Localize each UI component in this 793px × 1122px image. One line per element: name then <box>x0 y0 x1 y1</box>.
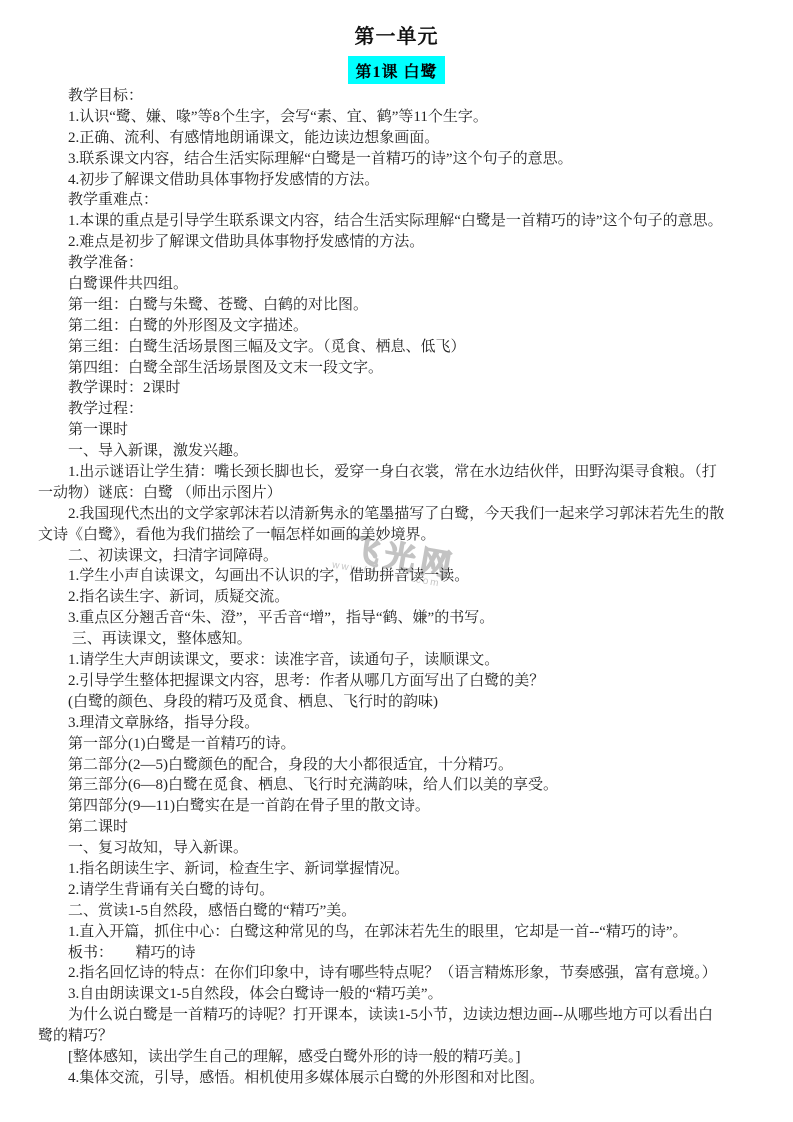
text-line: 一动物）谜底：白鹭 （师出示图片） <box>38 483 762 504</box>
text-line: [整体感知，读出学生自己的理解，感受白鹭外形的诗一般的精巧美。] <box>38 1047 762 1068</box>
text-line: 1.本课的重点是引导学生联系课文内容，结合生活实际理解“白鹭是一首精巧的诗”这个… <box>38 211 762 232</box>
text-line: 1.出示谜语让学生猜：嘴长颈长脚也长，爱穿一身白衣裳，常在水边结伙伴，田野沟渠寻… <box>38 462 762 483</box>
text-line: 二、初读课文，扫清字词障碍。 <box>38 546 762 567</box>
text-line: 文诗《白鹭》，看他为我们描绘了一幅怎样如画的美妙境界。 <box>38 525 762 546</box>
text-line: 4.初步了解课文借助具体事物抒发感情的方法。 <box>38 170 762 191</box>
text-line: 一、复习故知，导入新课。 <box>38 838 762 859</box>
text-line: 教学过程： <box>38 399 762 420</box>
text-line: 二、赏读1-5自然段，感悟白鹭的“精巧”美。 <box>38 901 762 922</box>
text-line: 第一部分(1)白鹭是一首精巧的诗。 <box>38 734 762 755</box>
lesson-title-highlight: 第1课 白鹭 <box>348 56 444 84</box>
text-line: 第一组：白鹭与朱鹭、苍鹭、白鹤的对比图。 <box>38 295 762 316</box>
text-line: 第三组：白鹭生活场景图三幅及文字。（觅食、栖息、低飞） <box>38 337 762 358</box>
text-line: 3.联系课文内容，结合生活实际理解“白鹭是一首精巧的诗”这个句子的意思。 <box>38 149 762 170</box>
text-line: 1.直入开篇，抓住中心：白鹭这种常见的鸟，在郭沫若先生的眼里，它却是一首--“精… <box>38 922 762 943</box>
text-line: 为什么说白鹭是一首精巧的诗呢？打开课本，读读1-5小节，边读边想边画--从哪些地… <box>38 1005 762 1026</box>
text-line: 教学重难点： <box>38 190 762 211</box>
text-line: 教学目标： <box>38 86 762 107</box>
text-line: 2.请学生背诵有关白鹭的诗句。 <box>38 880 762 901</box>
text-line: 1.学生小声自读课文，勾画出不认识的字，借助拼音读一读。 <box>38 566 762 587</box>
text-line: 1.认识“鹭、嫌、喙”等8个生字，会写“素、宜、鹤”等11个生字。 <box>38 107 762 128</box>
text-line: 教学准备： <box>38 253 762 274</box>
text-line: 第二部分(2—5)白鹭颜色的配合，身段的大小都很适宜，十分精巧。 <box>38 755 762 776</box>
text-line: 鹭的精巧？ <box>38 1026 762 1047</box>
text-line: 第二课时 <box>38 817 762 838</box>
text-line: 3.理清文章脉络，指导分段。 <box>38 713 762 734</box>
text-line: 第三部分(6—8)白鹭在觅食、栖息、飞行时充满韵味，给人们以美的享受。 <box>38 775 762 796</box>
text-line: 2.我国现代杰出的文学家郭沫若以清新隽永的笔墨描写了白鹭，今天我们一起来学习郭沫… <box>38 504 762 525</box>
unit-title: 第一单元 <box>0 20 793 49</box>
text-line: 2.难点是初步了解课文借助具体事物抒发感情的方法。 <box>38 232 762 253</box>
text-line: 2.正确、流利、有感情地朗诵课文，能边读边想象画面。 <box>38 128 762 149</box>
text-line: 第四部分(9—11)白鹭实在是一首韵在骨子里的散文诗。 <box>38 796 762 817</box>
text-line: 三、再读课文，整体感知。 <box>38 629 762 650</box>
text-line: 教学课时：2课时 <box>38 378 762 399</box>
text-line: 3.重点区分翘舌音“朱、澄”，平舌音“增”，指导“鹤、嫌”的书写。 <box>38 608 762 629</box>
text-line: 一、导入新课，激发兴趣。 <box>38 441 762 462</box>
text-line: 3.自由朗读课文1-5自然段，体会白鹭诗一般的“精巧美”。 <box>38 984 762 1005</box>
text-line: 2.指名读生字、新词，质疑交流。 <box>38 587 762 608</box>
text-line: 1.指名朗读生字、新词，检查生字、新词掌握情况。 <box>38 859 762 880</box>
text-line: 2.引导学生整体把握课文内容，思考：作者从哪几方面写出了白鹭的美？ <box>38 671 762 692</box>
text-line: 2.指名回忆诗的特点：在你们印象中，诗有哪些特点呢？（语言精炼形象，节奏感强，富… <box>38 963 762 984</box>
text-line: (白鹭的颜色、身段的精巧及觅食、栖息、飞行时的韵味) <box>38 692 762 713</box>
lesson-title-row: 第1课 白鹭 <box>0 56 793 84</box>
text-line: 第一课时 <box>38 420 762 441</box>
document-page: 第一单元 第1课 白鹭 飞光网 www.fo⋯⋯⋯.com 教学目标： 1.认识… <box>0 0 793 1122</box>
text-line: 1.请学生大声朗读课文，要求：读准字音，读通句子，读顺课文。 <box>38 650 762 671</box>
text-line: 板书： 精巧的诗 <box>38 943 762 964</box>
text-line: 第四组：白鹭全部生活场景图及文末一段文字。 <box>38 358 762 379</box>
document-body: 教学目标： 1.认识“鹭、嫌、喙”等8个生字，会写“素、宜、鹤”等11个生字。 … <box>38 86 762 1089</box>
text-line: 4.集体交流，引导，感悟。相机使用多媒体展示白鹭的外形图和对比图。 <box>38 1068 762 1089</box>
text-line: 第二组：白鹭的外形图及文字描述。 <box>38 316 762 337</box>
text-line: 白鹭课件共四组。 <box>38 274 762 295</box>
